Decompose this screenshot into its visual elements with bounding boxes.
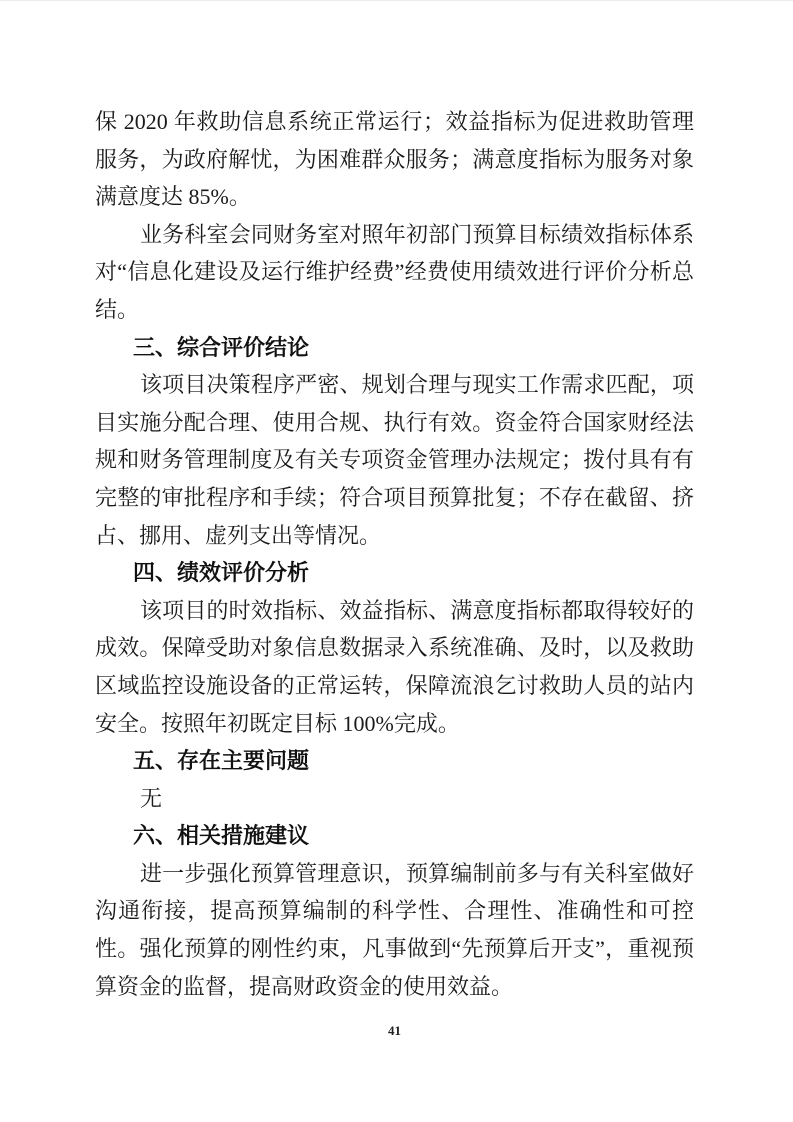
section-heading: 六、相关措施建议 <box>95 817 694 855</box>
paragraph: 保 2020 年救助信息系统正常运行；效益指标为促进救助管理服务，为政府解忧，为… <box>95 103 694 216</box>
paragraph: 该项目决策程序严密、规划合理与现实工作需求匹配，项目实施分配合理、使用合规、执行… <box>95 366 694 554</box>
paragraph: 无 <box>95 780 694 818</box>
paragraph: 业务科室会同财务室对照年初部门预算目标绩效指标体系对“信息化建设及运行维护经费”… <box>95 216 694 329</box>
page-number: 41 <box>95 1023 694 1039</box>
paragraph: 该项目的时效指标、效益指标、满意度指标都取得较好的成效。保障受助对象信息数据录入… <box>95 592 694 742</box>
section-heading: 四、绩效评价分析 <box>95 554 694 592</box>
document-page: 保 2020 年救助信息系统正常运行；效益指标为促进救助管理服务，为政府解忧，为… <box>0 0 793 1122</box>
section-heading: 三、综合评价结论 <box>95 329 694 367</box>
document-body: 保 2020 年救助信息系统正常运行；效益指标为促进救助管理服务，为政府解忧，为… <box>95 103 694 1005</box>
section-heading: 五、存在主要问题 <box>95 742 694 780</box>
paragraph: 进一步强化预算管理意识，预算编制前多与有关科室做好沟通衔接，提高预算编制的科学性… <box>95 855 694 1005</box>
